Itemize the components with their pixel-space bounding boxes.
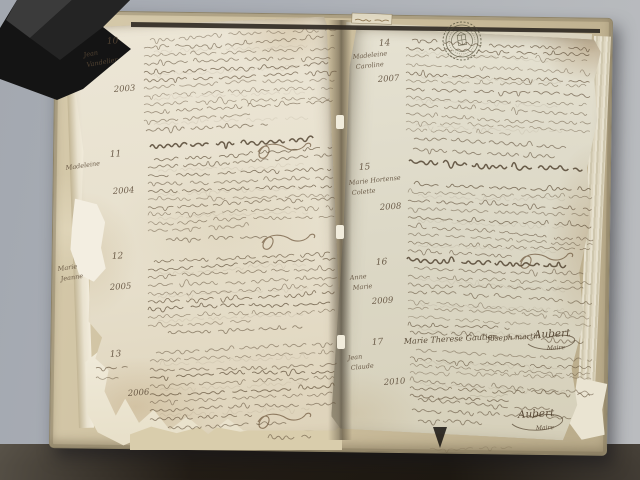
left-page	[73, 16, 346, 441]
binding-stitch	[337, 335, 345, 349]
binding-stitch	[336, 225, 344, 239]
right-page	[331, 27, 602, 442]
archival-register-scan: 10JeanVandelier200311Madeleine200412Mari…	[0, 0, 640, 480]
binding-stitch	[336, 115, 344, 129]
